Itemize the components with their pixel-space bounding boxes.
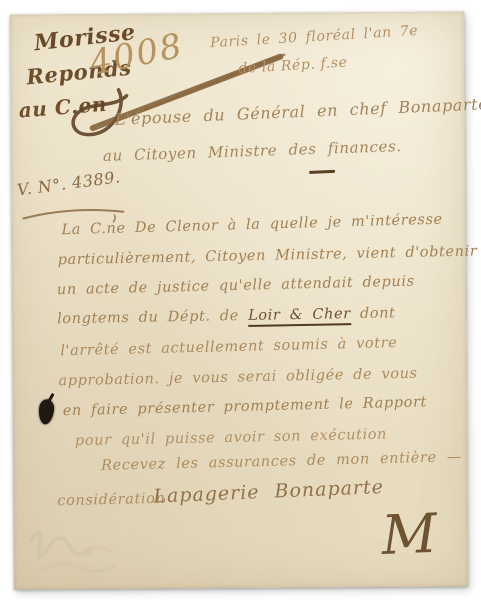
body-line: particulièrement, Citoyen Ministre, vien… [58,243,478,268]
registry-number: V. N°. 4389. [16,167,122,199]
dateline-place-date: Paris le 30 floréal l'an 7e [210,23,419,51]
closing-word: considération [57,491,165,510]
body-line: l'arrêté est actuellement soumis à votre [60,335,397,359]
bleed-through-marks-icon [21,511,192,597]
body-line: un acte de justice qu'elle attendait dep… [57,274,415,299]
paraph-initial: M [380,502,438,567]
ink-blot [38,399,55,425]
body-line: pour qu'il puisse avoir son exécution [75,427,387,450]
body-line: en faire présenter promptement le Rappor… [63,394,428,419]
ink-blot-tail [47,393,55,404]
body-line: approbation. je vous serai obligée de vo… [58,366,417,390]
closing-line: Recevez les assurances de mon entière — [101,449,462,474]
underlined-department-name: Loir & Cher [248,306,351,327]
signature: Lapagerie Bonaparte [153,476,384,508]
scanned-letter: Morisse Reponds au C.en 4008 Paris le 30… [0,0,481,600]
body-line4-prefix: longtems du Dépt. de [57,308,248,327]
ink-stroke-under-heading [309,170,335,174]
body-line4-suffix: dont [351,305,396,322]
body-line: longtems du Dépt. de Loir & Cher dont [57,305,396,327]
letter-paper: Morisse Reponds au C.en 4008 Paris le 30… [10,11,468,589]
